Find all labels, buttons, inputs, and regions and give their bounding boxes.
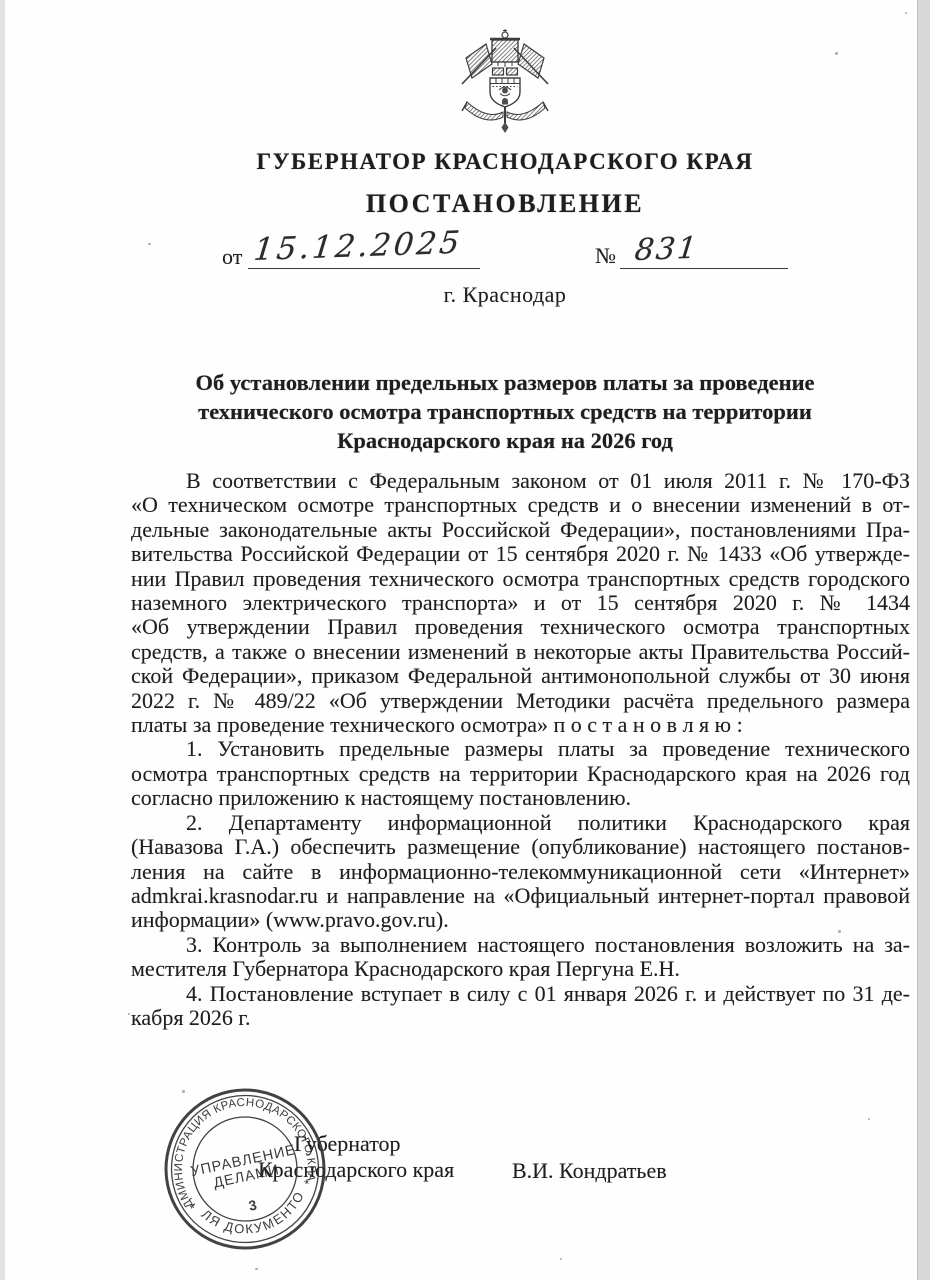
body-line: ской Федерации», приказом Федеральной ан…	[131, 664, 910, 688]
body-line: 1. Установить предельные размеры платы з…	[131, 737, 910, 761]
emblem-banner	[492, 40, 518, 62]
official-round-stamp: АДМИНИСТРАЦИЯ КРАСНОДАРСКОГО КРАЯ ДЛЯ ДО…	[145, 1069, 345, 1269]
body-line: наземного электрического транспорта» и о…	[131, 591, 910, 615]
body-line: кабря 2026 г.	[131, 1006, 910, 1030]
noise-dot	[872, 650, 874, 652]
scanned-decree-page: ГУБЕРНАТОР КРАСНОДАРСКОГО КРАЯ ПОСТАНОВЛ…	[0, 0, 930, 1280]
body-line: В соответствии с Федеральным законом от …	[131, 469, 910, 493]
paragraph-item-1: 1. Установить предельные размеры платы з…	[131, 737, 910, 810]
title-line: технического осмотра транспортных средст…	[95, 397, 915, 426]
handwritten-number: 831	[633, 231, 700, 268]
emblem-flag-left	[466, 44, 492, 78]
body-line: платы за проведение технического осмотра…	[131, 713, 910, 737]
signer-name: В.И. Кондратьев	[512, 1158, 667, 1184]
document-body: В соответствии с Федеральным законом от …	[131, 469, 910, 1030]
stamp-separator-left: *	[189, 1200, 197, 1216]
body-line: местителя Губернатора Краснодарского кра…	[131, 957, 910, 981]
handwritten-date: 15.12.2025	[252, 225, 464, 268]
document-title: Об установлении предельных размеров плат…	[95, 368, 915, 455]
body-line: 2022 г. № 489/22 «Об утверждении Методик…	[131, 689, 910, 713]
document-type: ПОСТАНОВЛЕНИЕ	[95, 189, 915, 219]
body-line: «О техническом осмотре транспортных сред…	[131, 493, 910, 517]
number-label: №	[595, 243, 616, 269]
body-line: 4. Постановление вступает в силу с 01 ян…	[131, 982, 910, 1006]
title-line: Об установлении предельных размеров плат…	[95, 368, 915, 397]
city-line: г. Краснодар	[95, 282, 915, 308]
scan-edge-right	[917, 0, 930, 1280]
noise-dot	[838, 930, 841, 933]
body-line: дельные законодательные акты Российской …	[131, 518, 910, 542]
noise-dot	[868, 1118, 870, 1120]
noise-dot	[835, 52, 838, 55]
title-line: Краснодарского края на 2026 год	[95, 426, 915, 455]
body-line: согласно приложению к настоящему постано…	[131, 786, 910, 810]
body-line: 3. Контроль за выполнением настоящего по…	[131, 933, 910, 957]
body-line: admkrai.krasnodar.ru и направление на «О…	[131, 884, 910, 908]
noise-dot	[148, 243, 151, 245]
body-line: (Навазова Г.А.) обеспечить размещение (о…	[131, 835, 910, 859]
noise-dot	[128, 1013, 130, 1015]
paragraph-preamble: В соответствии с Федеральным законом от …	[131, 469, 910, 737]
scan-edge-left	[0, 0, 5, 1280]
stamp-center-number: 3	[247, 1197, 258, 1214]
paragraph-item-2: 2. Департаменту информационной политики …	[131, 811, 910, 933]
body-line: средств, а также о внесении изменений в …	[131, 640, 910, 664]
body-line: осмотра транспортных средств на территор…	[131, 762, 910, 786]
body-line: вительства Российской Федерации от 15 се…	[131, 542, 910, 566]
emblem-orb	[502, 32, 508, 38]
body-line: нии Правил проведения технического осмот…	[131, 567, 910, 591]
noise-dot	[905, 12, 907, 14]
date-label: от	[222, 244, 242, 270]
issuing-authority: ГУБЕРНАТОР КРАСНОДАРСКОГО КРАЯ	[95, 149, 915, 175]
body-line: 2. Департаменту информационной политики …	[131, 811, 910, 835]
krasnodar-krai-coat-of-arms-icon	[455, 28, 555, 134]
paragraph-item-4: 4. Постановление вступает в силу с 01 ян…	[131, 982, 910, 1031]
body-line: «Об утверждении Правил проведения технич…	[131, 615, 910, 639]
date-underline	[248, 268, 480, 269]
number-underline	[620, 268, 788, 269]
body-line: ления на сайте в информационно-телекомму…	[131, 860, 910, 884]
paragraph-item-3: 3. Контроль за выполнением настоящего по…	[131, 933, 910, 982]
emblem-flag-right	[518, 44, 544, 78]
body-line: информации» (www.pravo.gov.ru).	[131, 908, 910, 932]
noise-dot	[560, 1258, 562, 1260]
